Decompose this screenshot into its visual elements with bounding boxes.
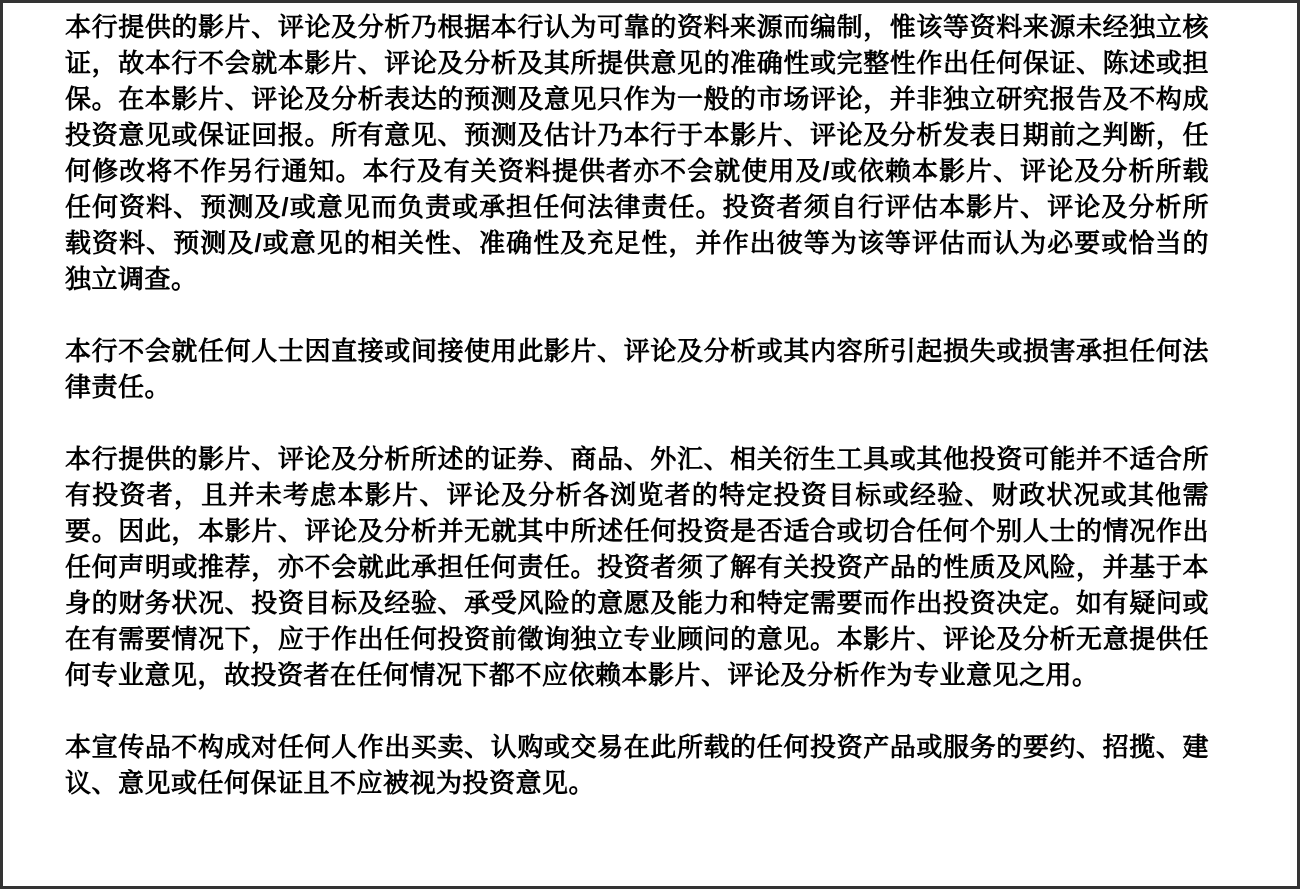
- document-page: 本行提供的影片、评论及分析乃根据本行认为可靠的资料来源而编制，惟该等资料来源未经…: [0, 0, 1300, 889]
- disclaimer-paragraph-1: 本行提供的影片、评论及分析乃根据本行认为可靠的资料来源而编制，惟该等资料来源未经…: [65, 9, 1209, 297]
- disclaimer-text-block: 本行提供的影片、评论及分析乃根据本行认为可靠的资料来源而编制，惟该等资料来源未经…: [3, 3, 1297, 801]
- disclaimer-paragraph-2: 本行不会就任何人士因直接或间接使用此影片、评论及分析或其内容所引起损失或损害承担…: [65, 333, 1209, 405]
- disclaimer-paragraph-3: 本行提供的影片、评论及分析所述的证券、商品、外汇、相关衍生工具或其他投资可能并不…: [65, 441, 1209, 693]
- disclaimer-paragraph-4: 本宣传品不构成对任何人作出买卖、认购或交易在此所载的任何投资产品或服务的要约、招…: [65, 729, 1209, 801]
